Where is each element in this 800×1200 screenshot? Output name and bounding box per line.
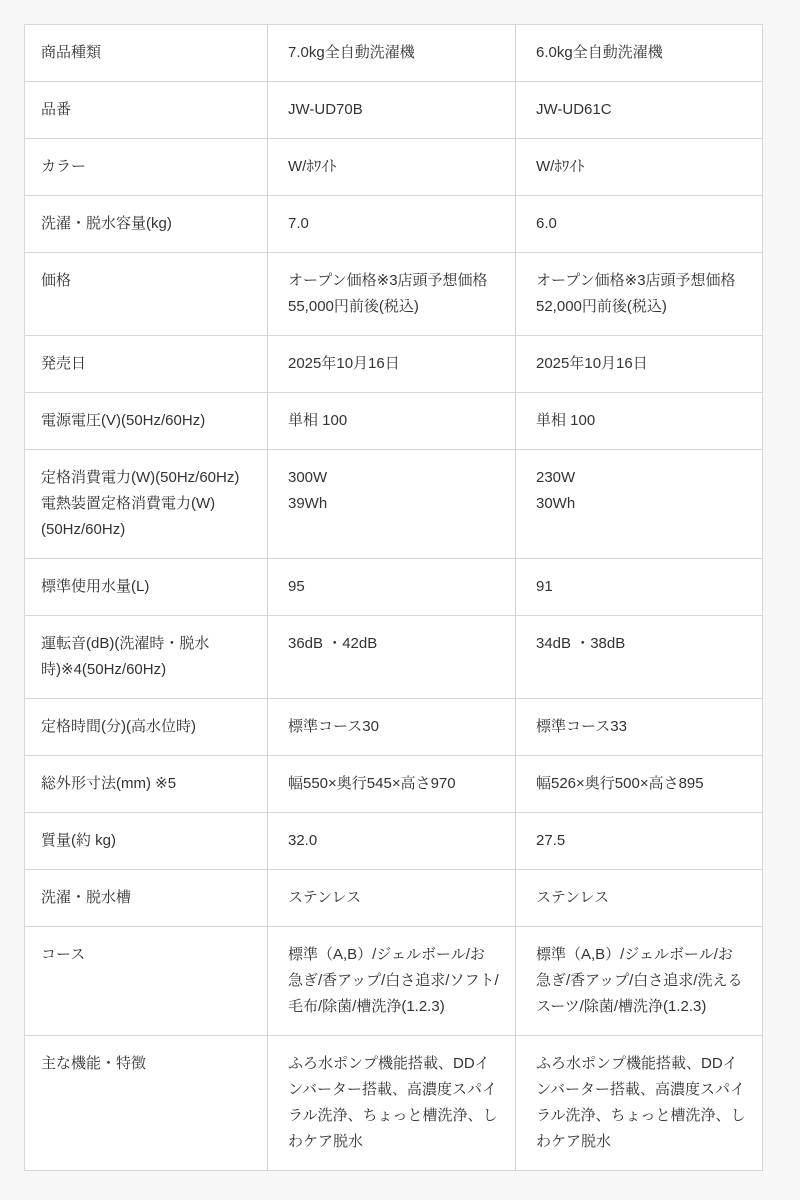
- row-value-product-1: 32.0: [268, 813, 516, 870]
- row-value-product-1: 標準コース30: [268, 699, 516, 756]
- row-label: 定格時間(分)(高水位時): [25, 699, 268, 756]
- row-label: 定格消費電力(W)(50Hz/60Hz) 電熱装置定格消費電力(W)(50Hz/…: [25, 450, 268, 559]
- table-row: 定格時間(分)(高水位時) 標準コース30 標準コース33: [25, 699, 763, 756]
- row-label: コース: [25, 927, 268, 1036]
- row-label: 商品種類: [25, 25, 268, 82]
- row-label: 電源電圧(V)(50Hz/60Hz): [25, 393, 268, 450]
- row-label: カラー: [25, 139, 268, 196]
- table-row: 価格 オープン価格※3店頭予想価格 55,000円前後(税込) オープン価格※3…: [25, 253, 763, 336]
- table-row: 運転音(dB)(洗濯時・脱水時)※4(50Hz/60Hz) 36dB ・42dB…: [25, 616, 763, 699]
- row-value-product-1: オープン価格※3店頭予想価格 55,000円前後(税込): [268, 253, 516, 336]
- row-value-product-2: 標準（A,B）/ジェルボール/お急ぎ/香アップ/白さ追求/洗えるスーツ/除菌/槽…: [516, 927, 763, 1036]
- product-spec-table-container: 商品種類 7.0kg全自動洗濯機 6.0kg全自動洗濯機 品番 JW-UD70B…: [24, 24, 762, 1171]
- row-value-product-1: 2025年10月16日: [268, 336, 516, 393]
- row-value-product-2: オープン価格※3店頭予想価格 52,000円前後(税込): [516, 253, 763, 336]
- row-value-product-1: 95: [268, 559, 516, 616]
- row-value-product-2: 230W 30Wh: [516, 450, 763, 559]
- table-row: 定格消費電力(W)(50Hz/60Hz) 電熱装置定格消費電力(W)(50Hz/…: [25, 450, 763, 559]
- row-label: 洗濯・脱水槽: [25, 870, 268, 927]
- row-label: 洗濯・脱水容量(kg): [25, 196, 268, 253]
- row-value-product-1: 幅550×奥行545×高さ970: [268, 756, 516, 813]
- table-row: 品番 JW-UD70B JW-UD61C: [25, 82, 763, 139]
- row-value-product-2: 標準コース33: [516, 699, 763, 756]
- row-value-product-2: ステンレス: [516, 870, 763, 927]
- row-value-product-1: 標準（A,B）/ジェルボール/お急ぎ/香アップ/白さ追求/ソフト/毛布/除菌/槽…: [268, 927, 516, 1036]
- table-row: カラー W/ﾎﾜｲﾄ W/ﾎﾜｲﾄ: [25, 139, 763, 196]
- table-row: 主な機能・特徴 ふろ水ポンプ機能搭載、DDインバーター搭載、高濃度スパイラル洗浄…: [25, 1036, 763, 1171]
- table-row: コース 標準（A,B）/ジェルボール/お急ぎ/香アップ/白さ追求/ソフト/毛布/…: [25, 927, 763, 1036]
- row-value-product-2: 34dB ・38dB: [516, 616, 763, 699]
- row-label: 運転音(dB)(洗濯時・脱水時)※4(50Hz/60Hz): [25, 616, 268, 699]
- product-spec-table: 商品種類 7.0kg全自動洗濯機 6.0kg全自動洗濯機 品番 JW-UD70B…: [24, 24, 763, 1171]
- row-label: 品番: [25, 82, 268, 139]
- row-value-product-1: ふろ水ポンプ機能搭載、DDインバーター搭載、高濃度スパイラル洗浄、ちょっと槽洗浄…: [268, 1036, 516, 1171]
- row-label: 発売日: [25, 336, 268, 393]
- row-value-product-2: 2025年10月16日: [516, 336, 763, 393]
- table-row: 電源電圧(V)(50Hz/60Hz) 単相 100 単相 100: [25, 393, 763, 450]
- row-label: 標準使用水量(L): [25, 559, 268, 616]
- spec-table-body: 商品種類 7.0kg全自動洗濯機 6.0kg全自動洗濯機 品番 JW-UD70B…: [25, 25, 763, 1171]
- row-label: 質量(約 kg): [25, 813, 268, 870]
- row-value-product-2: 91: [516, 559, 763, 616]
- row-label: 価格: [25, 253, 268, 336]
- row-value-product-1: 300W 39Wh: [268, 450, 516, 559]
- row-value-product-2: JW-UD61C: [516, 82, 763, 139]
- row-value-product-1: 7.0: [268, 196, 516, 253]
- row-value-product-1: JW-UD70B: [268, 82, 516, 139]
- table-row: 洗濯・脱水容量(kg) 7.0 6.0: [25, 196, 763, 253]
- row-value-product-1: 36dB ・42dB: [268, 616, 516, 699]
- row-label: 総外形寸法(mm) ※5: [25, 756, 268, 813]
- row-value-product-2: 27.5: [516, 813, 763, 870]
- table-row: 総外形寸法(mm) ※5 幅550×奥行545×高さ970 幅526×奥行500…: [25, 756, 763, 813]
- row-value-product-2: 幅526×奥行500×高さ895: [516, 756, 763, 813]
- row-value-product-2: 単相 100: [516, 393, 763, 450]
- row-value-product-1: ステンレス: [268, 870, 516, 927]
- row-value-product-1: 単相 100: [268, 393, 516, 450]
- row-value-product-2: 6.0kg全自動洗濯機: [516, 25, 763, 82]
- table-row: 質量(約 kg) 32.0 27.5: [25, 813, 763, 870]
- row-value-product-2: ふろ水ポンプ機能搭載、DDインバーター搭載、高濃度スパイラル洗浄、ちょっと槽洗浄…: [516, 1036, 763, 1171]
- table-row: 標準使用水量(L) 95 91: [25, 559, 763, 616]
- table-row: 発売日 2025年10月16日 2025年10月16日: [25, 336, 763, 393]
- row-value-product-2: W/ﾎﾜｲﾄ: [516, 139, 763, 196]
- row-value-product-2: 6.0: [516, 196, 763, 253]
- table-row: 商品種類 7.0kg全自動洗濯機 6.0kg全自動洗濯機: [25, 25, 763, 82]
- row-value-product-1: 7.0kg全自動洗濯機: [268, 25, 516, 82]
- row-value-product-1: W/ﾎﾜｲﾄ: [268, 139, 516, 196]
- table-row: 洗濯・脱水槽 ステンレス ステンレス: [25, 870, 763, 927]
- row-label: 主な機能・特徴: [25, 1036, 268, 1171]
- page-background: { "colors": { "page_background": "#f7f7f…: [0, 0, 800, 1200]
